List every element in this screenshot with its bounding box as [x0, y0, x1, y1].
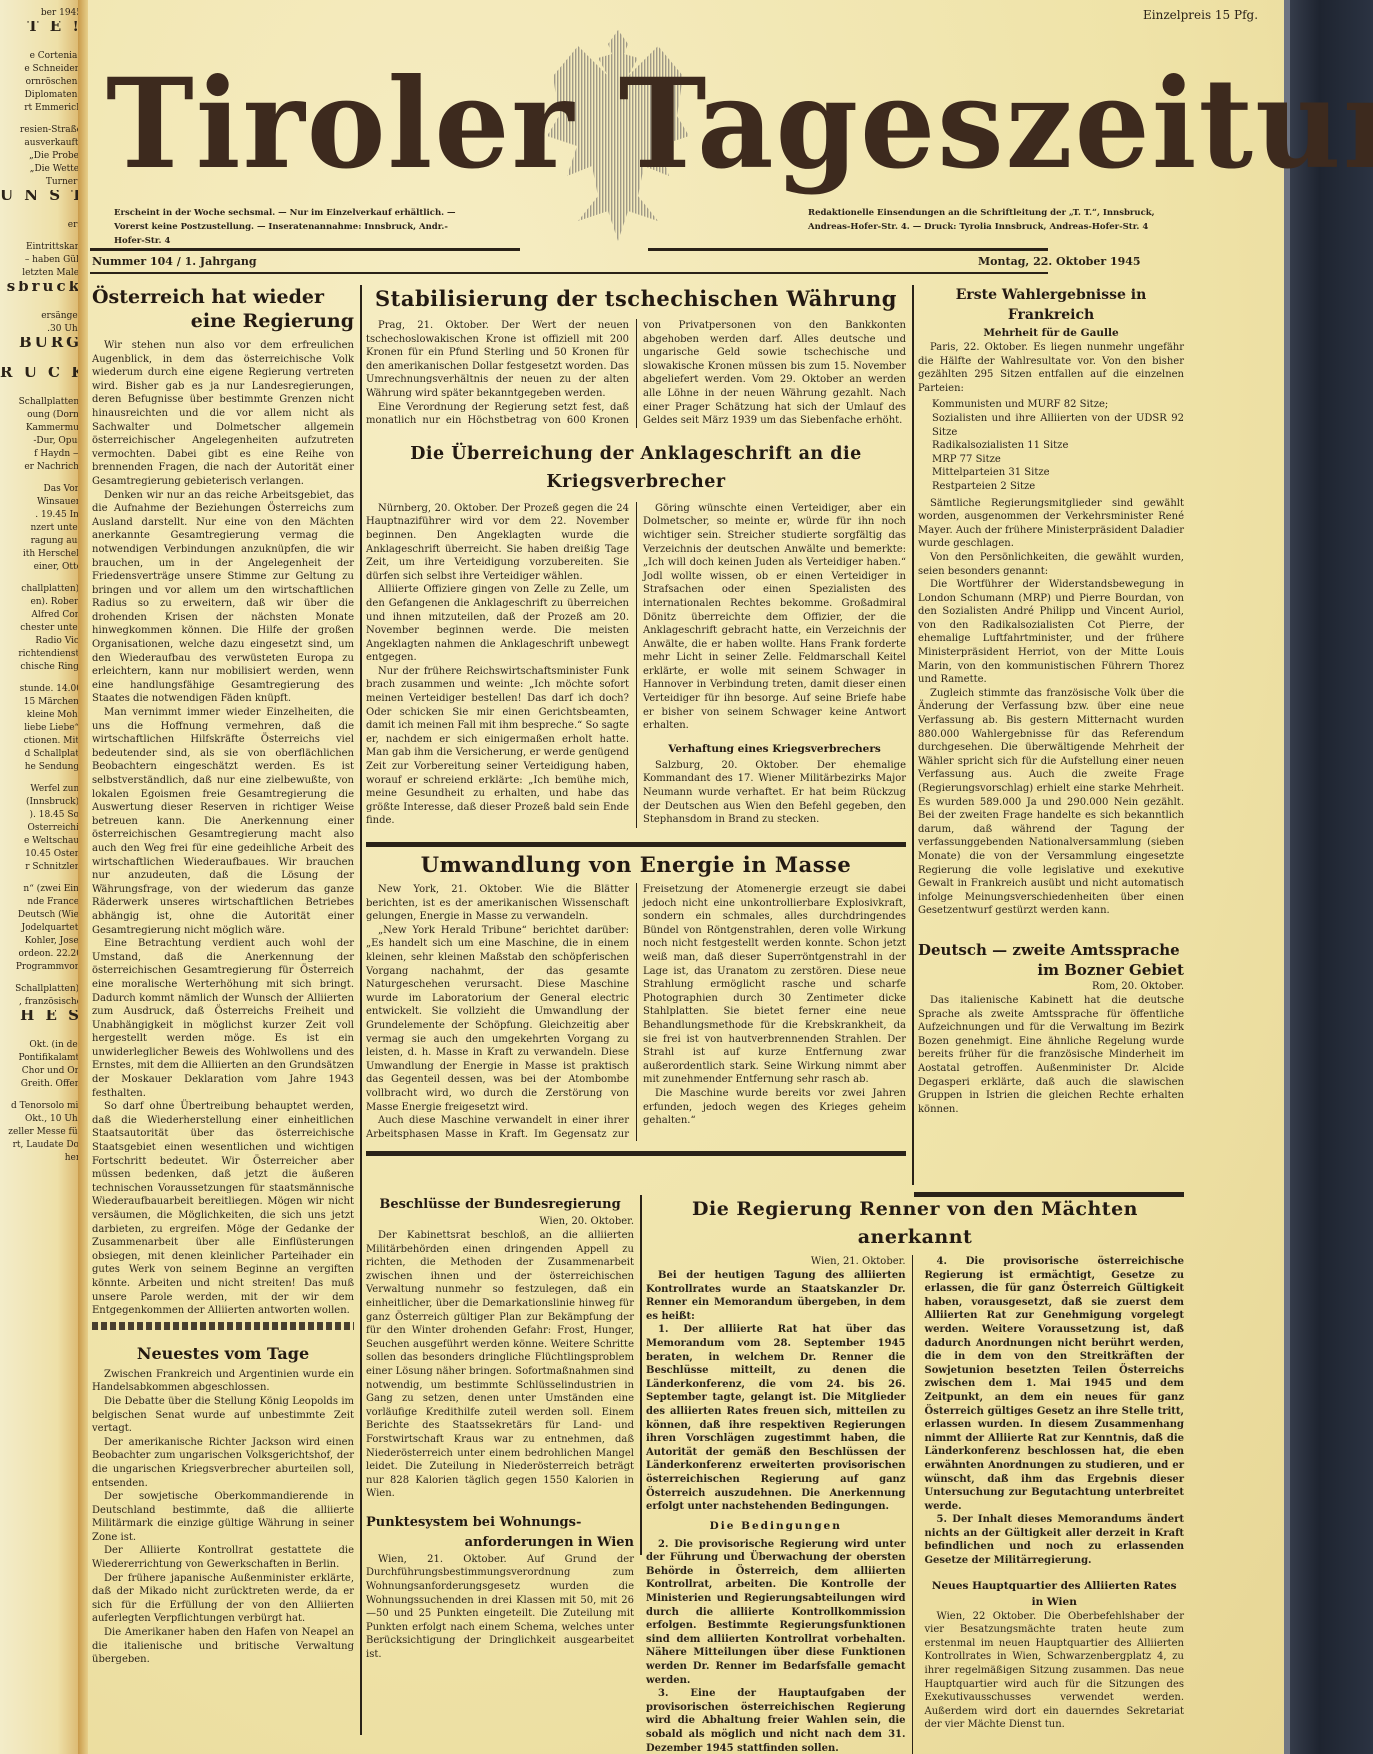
article-paragraph: „New York Herald Tribune“ berichtet darü…: [366, 924, 629, 1114]
fragment-text: .30 Uhr: [0, 324, 82, 335]
fragment-text: f Haydn —: [0, 449, 82, 460]
fragment-text: kleine Mohr: [0, 710, 82, 721]
fragment-text: „Die Wette,: [0, 164, 82, 175]
article-paragraph: Sämtliche Regierungsmitglieder sind gewä…: [918, 497, 1184, 551]
fragment-text: oung (Dorn-: [0, 410, 82, 421]
fragment-text: Werfel zum: [0, 784, 82, 795]
issue-number: Nummer 104 / 1. Jahrgang: [92, 255, 257, 268]
fragment-text: r Schnitzler:: [0, 862, 82, 873]
fragment-text: her.: [0, 1153, 82, 1164]
fragment-text: e Schneider-: [0, 64, 82, 75]
sub-headline: Mehrheit für de Gaulle: [918, 325, 1184, 341]
fragment-text: challplatten).: [0, 584, 82, 595]
fragment-text: ragung aus: [0, 536, 82, 547]
headline: Punktesystem bei Wohnungs-: [366, 1513, 634, 1533]
article-intro: Paris, 22. Oktober. Es liegen nunmehr un…: [918, 341, 1184, 395]
article-renner: Die Regierung Renner von den Mächten ane…: [646, 1195, 1184, 1754]
article-paragraph: Man vernimmt immer wieder Einzelheiten, …: [92, 706, 354, 937]
fragment-text: rt Emmerich: [0, 103, 82, 114]
fragment-text: ber 1945: [0, 8, 82, 19]
article-paragraph: Nürnberg, 20. Oktober. Der Prozeß gegen …: [366, 502, 629, 584]
fragment-text: Österreichi-: [0, 823, 82, 834]
fragment-text: nzert unter: [0, 523, 82, 534]
newspaper-page: Einzelpreis 15 Pfg. Tiroler Tageszeitung…: [88, 0, 1284, 1754]
headline: Die Überreichung der Anklageschrift an d…: [366, 440, 906, 496]
adjacent-page-fragment: ber 1945T E !e Cortenia“e Schneider-ornr…: [0, 0, 82, 1754]
fragment-text: stunde. 14.00: [0, 684, 82, 695]
article-paragraph: Nur der frühere Reichswirtschaftsministe…: [366, 665, 629, 828]
headline: Umwandlung von Energie in Masse: [366, 851, 906, 879]
election-result: Restparteien 2 Sitze: [918, 480, 1184, 494]
fragment-text: Pontifikalamt.: [0, 1053, 82, 1064]
headline: Österreich hat wieder: [92, 285, 354, 309]
memorandum-point-5: 5. Der Inhalt dieses Memorandums ändert …: [925, 1513, 1185, 1567]
fragment-text: n“ (zwei Ein-: [0, 884, 82, 895]
fragment-text: nde France.: [0, 897, 82, 908]
article-paragraph: Göring wünschte einen Verteidiger, aber …: [643, 502, 906, 733]
fragment-text: 10.45 Öster-: [0, 849, 82, 860]
column-rule: [360, 285, 362, 1735]
headline-continued: im Bozner Gebiet: [918, 960, 1184, 980]
news-item: Der Alliierte Kontrollrat gestattete die…: [92, 1544, 354, 1571]
article-paragraph: Wir stehen nun also vor dem erfreulichen…: [92, 339, 354, 489]
fragment-text: ith Herschel,: [0, 549, 82, 560]
fragment-text: Kammermu-: [0, 423, 82, 434]
fragment-text: ers: [0, 220, 82, 231]
fragment-text: – haben Gül-: [0, 255, 82, 266]
column-rule: [912, 285, 914, 1185]
fragment-text: . 19.45 In-: [0, 510, 82, 521]
memorandum-point-4: 4. Die provisorische österreichische Reg…: [925, 1255, 1185, 1513]
article-paragraph: Zugleich stimmte das französische Volk ü…: [918, 687, 1184, 918]
imprint-left: Erscheint in der Woche sechsmal. — Nur i…: [114, 206, 474, 248]
fragment-text: liebe Liebe“.: [0, 723, 82, 734]
fragment-text: Okt. (in der: [0, 1040, 82, 1051]
sub-headline: Neues Hauptquartier des Alliierten Rates…: [925, 1578, 1185, 1610]
single-copy-price: Einzelpreis 15 Pfg.: [1143, 8, 1258, 22]
article-intro: Bei der heutigen Tagung des alliierten K…: [646, 1269, 906, 1323]
news-item: Die Debatte über die Stellung König Leop…: [92, 1395, 354, 1436]
article-paragraph: Salzburg, 20. Oktober. Der ehemalige Kom…: [643, 759, 906, 827]
fragment-text: he Sendung.: [0, 762, 82, 773]
headline: Neuestes vom Tage: [92, 1344, 354, 1364]
fragment-text: e Cortenia“: [0, 51, 82, 62]
article-paragraph: New York, 21. Oktober. Wie die Blätter b…: [366, 883, 629, 924]
masthead-rule-right: [648, 248, 1048, 251]
sub-headline: Verhaftung eines Kriegsverbrechers: [643, 741, 906, 757]
news-item: Der frühere japanische Außenminister erk…: [92, 1572, 354, 1626]
article-paragraph: Eine Betrachtung verdient auch wohl der …: [92, 937, 354, 1100]
news-item: Die Amerikaner haben den Hafen von Neape…: [92, 1626, 354, 1667]
election-result: Kommunisten und MURF 82 Sitze;: [918, 398, 1184, 412]
fragment-text: H E S: [0, 1010, 82, 1021]
section-divider: [366, 1151, 906, 1156]
headline: Deutsch — zweite Amtssprache: [918, 940, 1184, 960]
election-result: Sozialisten und ihre Alliierten von der …: [918, 412, 1184, 439]
article-paragraph: Prag, 21. Oktober. Der Wert der neuen ts…: [366, 319, 629, 401]
page-fold: [78, 0, 88, 1754]
fragment-text: richtendienst.: [0, 649, 82, 660]
fragment-text: Okt., 10 Uhr: [0, 1114, 82, 1125]
fragment-text: , französische: [0, 997, 82, 1008]
headline: Erste Wahlergebnisse in Frankreich: [918, 285, 1184, 325]
fragment-text: ausverkauft): [0, 138, 82, 149]
headline-continued: anforderungen in Wien: [366, 1533, 634, 1553]
header-rule: [90, 272, 1048, 274]
fragment-text: zeller Messe für: [0, 1127, 82, 1138]
fragment-text: (Innsbruck).: [0, 797, 82, 808]
article-oesterreich: Österreich hat wieder eine Regierung Wir…: [92, 285, 354, 1667]
column-rule: [640, 1195, 642, 1555]
fragment-text: Schallplatten).: [0, 984, 82, 995]
election-result: Mittelparteien 31 Sitze: [918, 466, 1184, 480]
fragment-text: ornröschen“: [0, 77, 82, 88]
issue-date: Montag, 22. Oktober 1945: [978, 255, 1141, 268]
headline: Die Regierung Renner von den Mächten ane…: [646, 1195, 1184, 1251]
article-paragraph: Von den Persönlichkeiten, die gewählt wu…: [918, 551, 1184, 578]
news-item: Der amerikanische Richter Jackson wird e…: [92, 1436, 354, 1490]
article-paragraph: Die Maschine wurde bereits vor zwei Jahr…: [643, 1087, 906, 1128]
memorandum-point-1: 1. Der alliierte Rat hat über das Memora…: [646, 1323, 906, 1513]
fragment-text: rt, Laudate Do-: [0, 1140, 82, 1151]
fragment-text: Programmvor-: [0, 962, 82, 973]
fragment-text: ersänger: [0, 311, 82, 322]
fragment-text: er Nachrich-: [0, 462, 82, 473]
memorandum-point-3: 3. Eine der Hauptaufgaben der provisoris…: [646, 1687, 906, 1754]
fragment-text: ordeon. 22.20: [0, 949, 82, 960]
fragment-text: Alfred Cor-: [0, 610, 82, 621]
fragment-text: chische Ring-: [0, 662, 82, 673]
fragment-text: d Schallplat-: [0, 749, 82, 760]
fragment-text: Schallplatten,: [0, 397, 82, 408]
fragment-text: „Die Probe-: [0, 151, 82, 162]
imprint-right: Redaktionelle Einsendungen an die Schrif…: [808, 206, 1188, 234]
headline: Stabilisierung der tschechischen Währung: [366, 285, 906, 313]
article-paragraph: Denken wir nur an das reiche Arbeitsgebi…: [92, 489, 354, 707]
fragment-text: Eintrittskar-: [0, 242, 82, 253]
headline: Beschlüsse der Bundesregierung: [366, 1195, 634, 1215]
fragment-text: einer, Otto: [0, 562, 82, 573]
fragment-text: Winsauer.: [0, 497, 82, 508]
article-frankreich: Erste Wahlergebnisse in Frankreich Mehrh…: [918, 285, 1184, 1116]
section-divider: [366, 842, 906, 847]
article-paragraph: Alliierte Offiziere gingen von Zelle zu …: [366, 583, 629, 665]
fragment-text: BURG: [0, 337, 82, 348]
section-heading: Die Bedingungen: [646, 1518, 906, 1534]
article-waehrung: Stabilisierung der tschechischen Währung…: [366, 285, 906, 1156]
fragment-text: ). 18.45 So-: [0, 810, 82, 821]
article-paragraph: Die Wortführer der Widerstandsbewegung i…: [918, 578, 1184, 687]
fragment-text: e Weltschau.: [0, 836, 82, 847]
book-binding: [1284, 0, 1373, 1754]
newspaper-title: Tiroler Tageszeitung: [106, 61, 1176, 187]
fragment-text: Radio Vic-: [0, 636, 82, 647]
article-paragraph: Wien, 22 Oktober. Die Oberbefehlshaber d…: [925, 1610, 1185, 1732]
fragment-text: letzten Male.: [0, 268, 82, 279]
memorandum-point-2: 2. Die provisorische Regierung wird unte…: [646, 1538, 906, 1688]
fragment-text: resien-Straße: [0, 125, 82, 136]
fragment-text: en). Robert: [0, 597, 82, 608]
dateline: Rom, 20. Oktober.: [918, 980, 1184, 994]
fragment-text: Kohler, Josef: [0, 936, 82, 947]
election-result: MRP 77 Sitze: [918, 453, 1184, 467]
article-bundesregierung: Beschlüsse der Bundesregierung Wien, 20.…: [366, 1195, 634, 1662]
fragment-text: chester unter: [0, 623, 82, 634]
headline-continued: eine Regierung: [92, 309, 354, 333]
fragment-text: Chor und Or-: [0, 1066, 82, 1077]
dateline: Wien, 21. Oktober.: [646, 1255, 906, 1269]
fragment-text: R U C K: [0, 367, 82, 378]
section-divider: [92, 1322, 354, 1330]
fragment-text: Greith. Offer-: [0, 1079, 82, 1090]
election-result: Radikalsozialisten 11 Sitze: [918, 439, 1184, 453]
fragment-text: sbruck: [0, 281, 82, 292]
fragment-text: d Tenorsolo mit: [0, 1101, 82, 1112]
article-paragraph: So darf ohne Übertreibung behauptet werd…: [92, 1100, 354, 1318]
fragment-text: T E !: [0, 21, 82, 32]
fragment-text: -Dur, Opus: [0, 436, 82, 447]
fragment-text: Turner“: [0, 177, 82, 188]
fragment-text: Jodelquartett: [0, 923, 82, 934]
masthead-rule-left: [90, 248, 520, 251]
fragment-text: Deutsch (Wie-: [0, 910, 82, 921]
fragment-text: U N S T: [0, 190, 82, 201]
fragment-text: Das Vor-: [0, 484, 82, 495]
fragment-text: ctionen. Mit-: [0, 736, 82, 747]
fragment-text: 15 Märchen-: [0, 697, 82, 708]
news-item: Der sowjetische Oberkommandierende in De…: [92, 1490, 354, 1544]
article-paragraph: Der Kabinettsrat beschloß, an die alliie…: [366, 1229, 634, 1501]
article-paragraph: Das italienische Kabinett hat die deutsc…: [918, 994, 1184, 1116]
article-paragraph: Wien, 21. Oktober. Auf Grund der Durchfü…: [366, 1553, 634, 1662]
news-item: Zwischen Frankreich und Argentinien wurd…: [92, 1368, 354, 1395]
dateline: Wien, 20. Oktober.: [366, 1215, 634, 1229]
fragment-text: Diplomaten“: [0, 90, 82, 101]
